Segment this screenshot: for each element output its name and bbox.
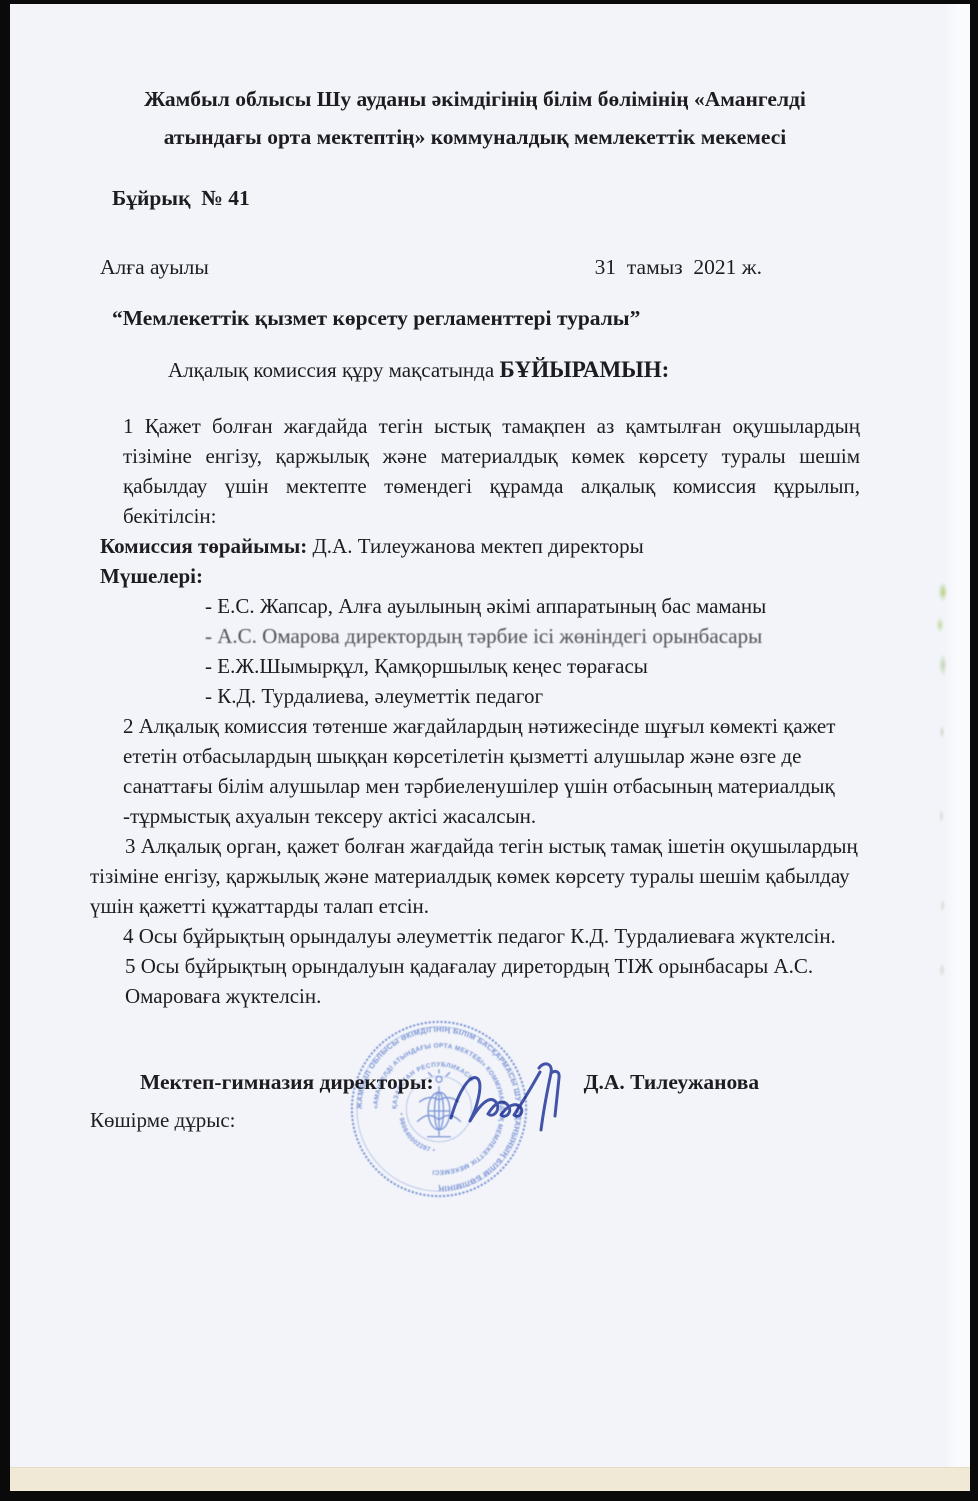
scanned-order-document: { "document": { "header": { "line1": "Жа… [0,0,978,1501]
member-row-2: - А.С. Омарова директордың тәрбие ісі жө… [205,621,860,651]
member-row-1: - Е.С. Жапсар, Алға ауылының әкімі аппар… [205,591,860,621]
header-line-2: атындағы орта мектептің» коммуналдық мем… [90,118,860,156]
header-line-1: Жамбыл облысы Шу ауданы әкімдігінің білі… [90,80,860,118]
place-label: Алға ауылы [100,255,209,280]
page-content: Жамбыл облысы Шу ауданы әкімдігінің білі… [10,4,970,1491]
svg-text:• 980640002287 •: • 980640002287 • [397,1113,436,1155]
members-label: Мүшелері: [100,561,860,591]
scanner-bottom-strip [10,1467,970,1491]
chair-label: Комиссия төрайымы: [100,534,307,558]
document-page: Жамбыл облысы Шу ауданы әкімдігінің білі… [10,4,970,1491]
subject-line: “Мемлекеттік қызмет көрсету регламенттер… [112,306,860,331]
member-row-4: - К.Д. Турдалиева, әлеуметтік педагог [205,681,860,711]
member-row-3: - Е.Ж.Шымырқұл, Қамқоршылық кеңес төраға… [205,651,860,681]
commission-chair-row: Комиссия төрайымы: Д.А. Тилеужанова мект… [100,531,860,561]
item-4: 4 Осы бұйрықтың орындалуы әлеуметтік пед… [90,921,860,951]
item-1: 1 Қажет болған жағдайда тегін ыстық тама… [123,411,860,531]
organization-header: Жамбыл облысы Шу ауданы әкімдігінің білі… [90,80,860,156]
item-2: 2 Алқалық комиссия төтенше жағдайлардың … [123,711,860,831]
date-label: 31 тамыз 2021 ж. [595,255,762,280]
item-3: 3 Алқалық орган, қажет болған жағдайда т… [90,831,860,921]
preamble-text: Алқалық комиссия құру мақсатында [168,358,499,382]
preamble-keyword: БҰЙЫРАМЫН: [499,357,669,382]
preamble: Алқалық комиссия құру мақсатында БҰЙЫРАМ… [168,357,860,383]
item-5: 5 Осы бұйрықтың орындалуын қадағалау дир… [125,951,860,1011]
stamp-ring-inner-bottom-text: • 980640002287 • [397,1113,436,1155]
order-number: Бұйрық № 41 [112,186,860,211]
chair-value: Д.А. Тилеужанова мектеп директоры [307,534,644,558]
paper-edge-strip [944,4,970,1491]
place-date-row: Алға ауылы 31 тамыз 2021 ж. [100,255,860,280]
signature-scribble [443,1056,611,1156]
